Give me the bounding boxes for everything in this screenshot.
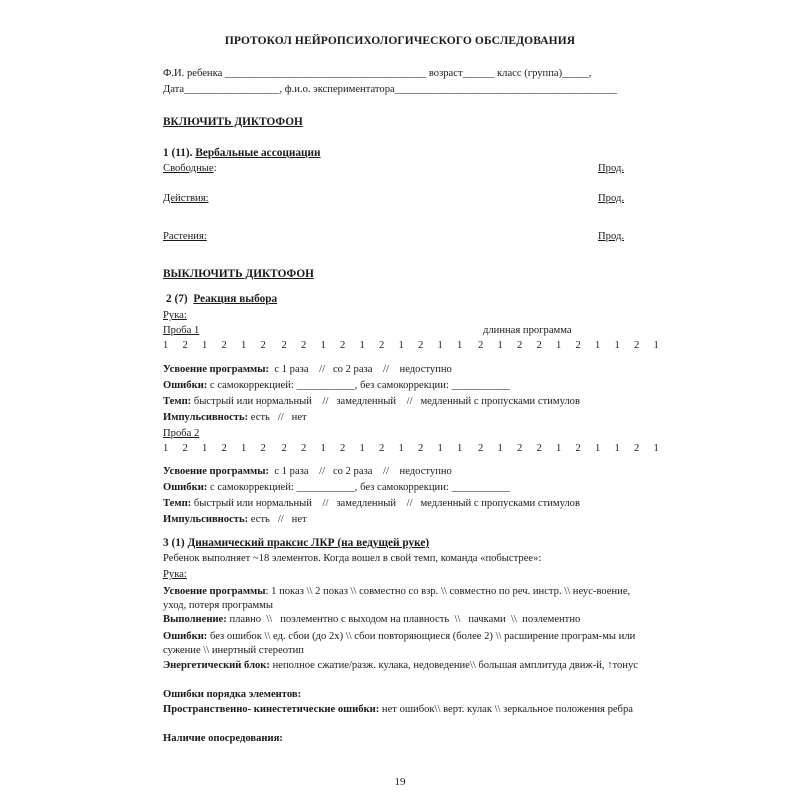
section3-title: Динамический праксис ЛКР (на ведущей рук…	[187, 537, 429, 549]
sequence-digit: 2	[418, 340, 438, 351]
sequence-digit: 2	[282, 443, 302, 454]
sequence-digit: 1	[202, 340, 222, 351]
sequence-group: 121212	[163, 340, 270, 351]
sequence-digit: 2	[222, 340, 242, 351]
assessment-options: с самокоррекцией: ___________, без самок…	[207, 482, 509, 493]
assessment-label: Энергетический блок:	[163, 660, 270, 671]
assessment-row: Импульсивность: есть // нет	[163, 412, 307, 423]
sequence-digit: 1	[457, 340, 466, 351]
sequence-digit: 2	[517, 443, 537, 454]
assessment-options: неполное сжатие/разж. кулака, недоведени…	[270, 660, 638, 671]
assessment-label: Ошибки:	[163, 631, 207, 642]
section1-title: Вербальные ассоциации	[195, 147, 320, 159]
sequence-group: 2122121121	[478, 443, 663, 454]
assessment-row: Пространственно- кинестетические ошибки:…	[163, 703, 638, 717]
assessment-label: Темп:	[163, 396, 191, 407]
sequence-digit: 1	[654, 340, 663, 351]
sequence-digit: 2	[183, 340, 203, 351]
sequence-digit: 1	[556, 443, 576, 454]
sequence-digit: 1	[163, 443, 183, 454]
assessment-row: Темп: быстрый или нормальный // замедлен…	[163, 396, 580, 407]
sequence-digit: 1	[360, 443, 380, 454]
sequence-digit: 2	[340, 340, 360, 351]
sequence-digit: 1	[498, 443, 518, 454]
assessment-row: Усвоение программы: 1 показ \\ 2 показ \…	[163, 585, 638, 613]
section3-number: 3 (1)	[163, 537, 185, 549]
section2-heading: 2 (7) Реакция выбора	[166, 293, 277, 305]
assessment-row: Усвоение программы: с 1 раза // со 2 раз…	[163, 364, 452, 375]
sequence-digit: 1	[399, 340, 419, 351]
sequence-digit: 2	[478, 443, 498, 454]
sequence-digit: 2	[418, 443, 438, 454]
assessment-options: плавно \\ поэлементно с выходом на плавн…	[227, 614, 580, 625]
assessment-row: Энергетический блок: неполное сжатие/раз…	[163, 659, 638, 673]
long-program-note: длинная программа	[483, 325, 572, 336]
row-label: Свободные	[163, 163, 214, 174]
sequence-digit: 1	[615, 443, 635, 454]
assessment-row: Наличие опосредования:	[163, 732, 638, 746]
date-examiner-field: Дата__________________, ф.и.о. экспериме…	[163, 84, 617, 95]
trial1-sequence: 12121222121212112122121121	[163, 340, 675, 351]
assessment-row: Ошибки порядка элементов:	[163, 688, 638, 702]
sequence-group: 121212	[163, 443, 270, 454]
assessment-label: Темп:	[163, 498, 191, 509]
assessment-label: Импульсивность:	[163, 412, 248, 423]
sequence-digit: 2	[340, 443, 360, 454]
section1-heading: 1 (11). Вербальные ассоциации	[163, 147, 321, 159]
recorder-off-instruction: ВЫКЛЮЧИТЬ ДИКТОФОН	[163, 268, 314, 280]
sequence-digit: 2	[576, 443, 596, 454]
assessment-label: Ошибки:	[163, 482, 207, 493]
assessment-options: без ошибок \\ ед. сбои (до 2х) \\ сбои п…	[163, 631, 635, 656]
assessment-row: Импульсивность: есть // нет	[163, 514, 307, 525]
sequence-digit: 1	[438, 340, 458, 351]
assessment-options: быстрый или нормальный // замедленный //…	[191, 498, 580, 509]
sequence-digit: 1	[399, 443, 419, 454]
sequence-digit: 2	[537, 443, 557, 454]
sequence-digit: 2	[379, 340, 399, 351]
assessment-label: Пространственно- кинестетические ошибки:	[163, 704, 379, 715]
assessment-label: Импульсивность:	[163, 514, 248, 525]
sequence-digit: 2	[222, 443, 242, 454]
sequence-digit: 2	[183, 443, 203, 454]
sequence-digit: 1	[556, 340, 576, 351]
productivity-label: Прод.	[598, 163, 624, 174]
page-title: ПРОТОКОЛ НЕЙРОПСИХОЛОГИЧЕСКОГО ОБСЛЕДОВА…	[0, 35, 800, 47]
section1-row-plants: Растения:	[163, 231, 207, 242]
assessment-label: Усвоение программы:	[163, 364, 269, 375]
sequence-digit: 1	[615, 340, 635, 351]
sequence-digit: 2	[379, 443, 399, 454]
sequence-digit: 2	[537, 340, 557, 351]
assessment-options: есть // нет	[248, 412, 307, 423]
row-colon: :	[214, 163, 217, 174]
sequence-digit: 1	[241, 340, 261, 351]
assessment-label: Усвоение программы	[163, 586, 266, 597]
sequence-digit: 1	[654, 443, 663, 454]
assessment-row: Ошибки: с самокоррекцией: ___________, б…	[163, 482, 510, 493]
sequence-digit: 2	[634, 340, 654, 351]
sequence-digit: 2	[634, 443, 654, 454]
assessment-row: Выполнение: плавно \\ поэлементно с выхо…	[163, 613, 638, 627]
assessment-label: Наличие опосредования:	[163, 733, 283, 744]
hand-label: Рука:	[163, 569, 187, 580]
sequence-digit: 1	[438, 443, 458, 454]
sequence-digit: 1	[321, 443, 341, 454]
productivity-label: Прод.	[598, 193, 624, 204]
assessment-options: нет ошибок\\ верт. кулак \\ зеркальное п…	[379, 704, 633, 715]
productivity-label: Прод.	[598, 231, 624, 242]
section2-number: 2 (7)	[166, 293, 188, 305]
assessment-label: Усвоение программы:	[163, 466, 269, 477]
sequence-digit: 2	[517, 340, 537, 351]
sequence-digit: 2	[261, 443, 270, 454]
sequence-digit: 1	[241, 443, 261, 454]
assessment-label: Ошибки:	[163, 380, 207, 391]
section1-row-actions: Действия:	[163, 193, 209, 204]
assessment-row: Темп: быстрый или нормальный // замедлен…	[163, 498, 580, 509]
trial2-label: Проба 2	[163, 428, 199, 439]
section1-number: 1 (11).	[163, 147, 193, 159]
sequence-digit: 1	[498, 340, 518, 351]
trial1-label: Проба 1	[163, 325, 199, 336]
sequence-group: 2212121211	[282, 340, 467, 351]
hand-label: Рука:	[163, 310, 187, 321]
child-name-field: Ф.И. ребенка ___________________________…	[163, 68, 591, 79]
section3-heading: 3 (1) Динамический праксис ЛКР (на ведущ…	[163, 537, 429, 549]
sequence-digit: 1	[595, 443, 615, 454]
assessment-options: с 1 раза // со 2 раза // недоступно	[269, 466, 452, 477]
assessment-options: есть // нет	[248, 514, 307, 525]
assessment-options: с самокоррекцией: ___________, без самок…	[207, 380, 509, 391]
assessment-row: Ошибки: с самокоррекцией: ___________, б…	[163, 380, 510, 391]
sequence-digit: 2	[478, 340, 498, 351]
sequence-digit: 1	[163, 340, 183, 351]
assessment-row: Ошибки: без ошибок \\ ед. сбои (до 2х) \…	[163, 630, 638, 658]
sequence-digit: 1	[202, 443, 222, 454]
sequence-digit: 1	[321, 340, 341, 351]
sequence-digit: 2	[301, 340, 321, 351]
sequence-digit: 2	[576, 340, 596, 351]
sequence-group: 2122121121	[478, 340, 663, 351]
section3-intro: Ребенок выполняет ~18 элементов. Когда в…	[163, 553, 541, 564]
section1-row-free: Свободные:	[163, 163, 217, 174]
sequence-digit: 1	[457, 443, 466, 454]
assessment-label: Ошибки порядка элементов:	[163, 689, 301, 700]
assessment-options: быстрый или нормальный // замедленный //…	[191, 396, 580, 407]
sequence-digit: 2	[261, 340, 270, 351]
recorder-on-instruction: ВКЛЮЧИТЬ ДИКТОФОН	[163, 116, 303, 128]
sequence-digit: 1	[595, 340, 615, 351]
assessment-row: Усвоение программы: с 1 раза // со 2 раз…	[163, 466, 452, 477]
sequence-digit: 2	[282, 340, 302, 351]
assessment-label: Выполнение:	[163, 614, 227, 625]
sequence-digit: 1	[360, 340, 380, 351]
page-number: 19	[0, 776, 800, 788]
trial2-sequence: 12121222121212112122121121	[163, 443, 675, 454]
section2-title: Реакция выбора	[193, 293, 277, 305]
sequence-group: 2212121211	[282, 443, 467, 454]
sequence-digit: 2	[301, 443, 321, 454]
assessment-options: с 1 раза // со 2 раза // недоступно	[269, 364, 452, 375]
